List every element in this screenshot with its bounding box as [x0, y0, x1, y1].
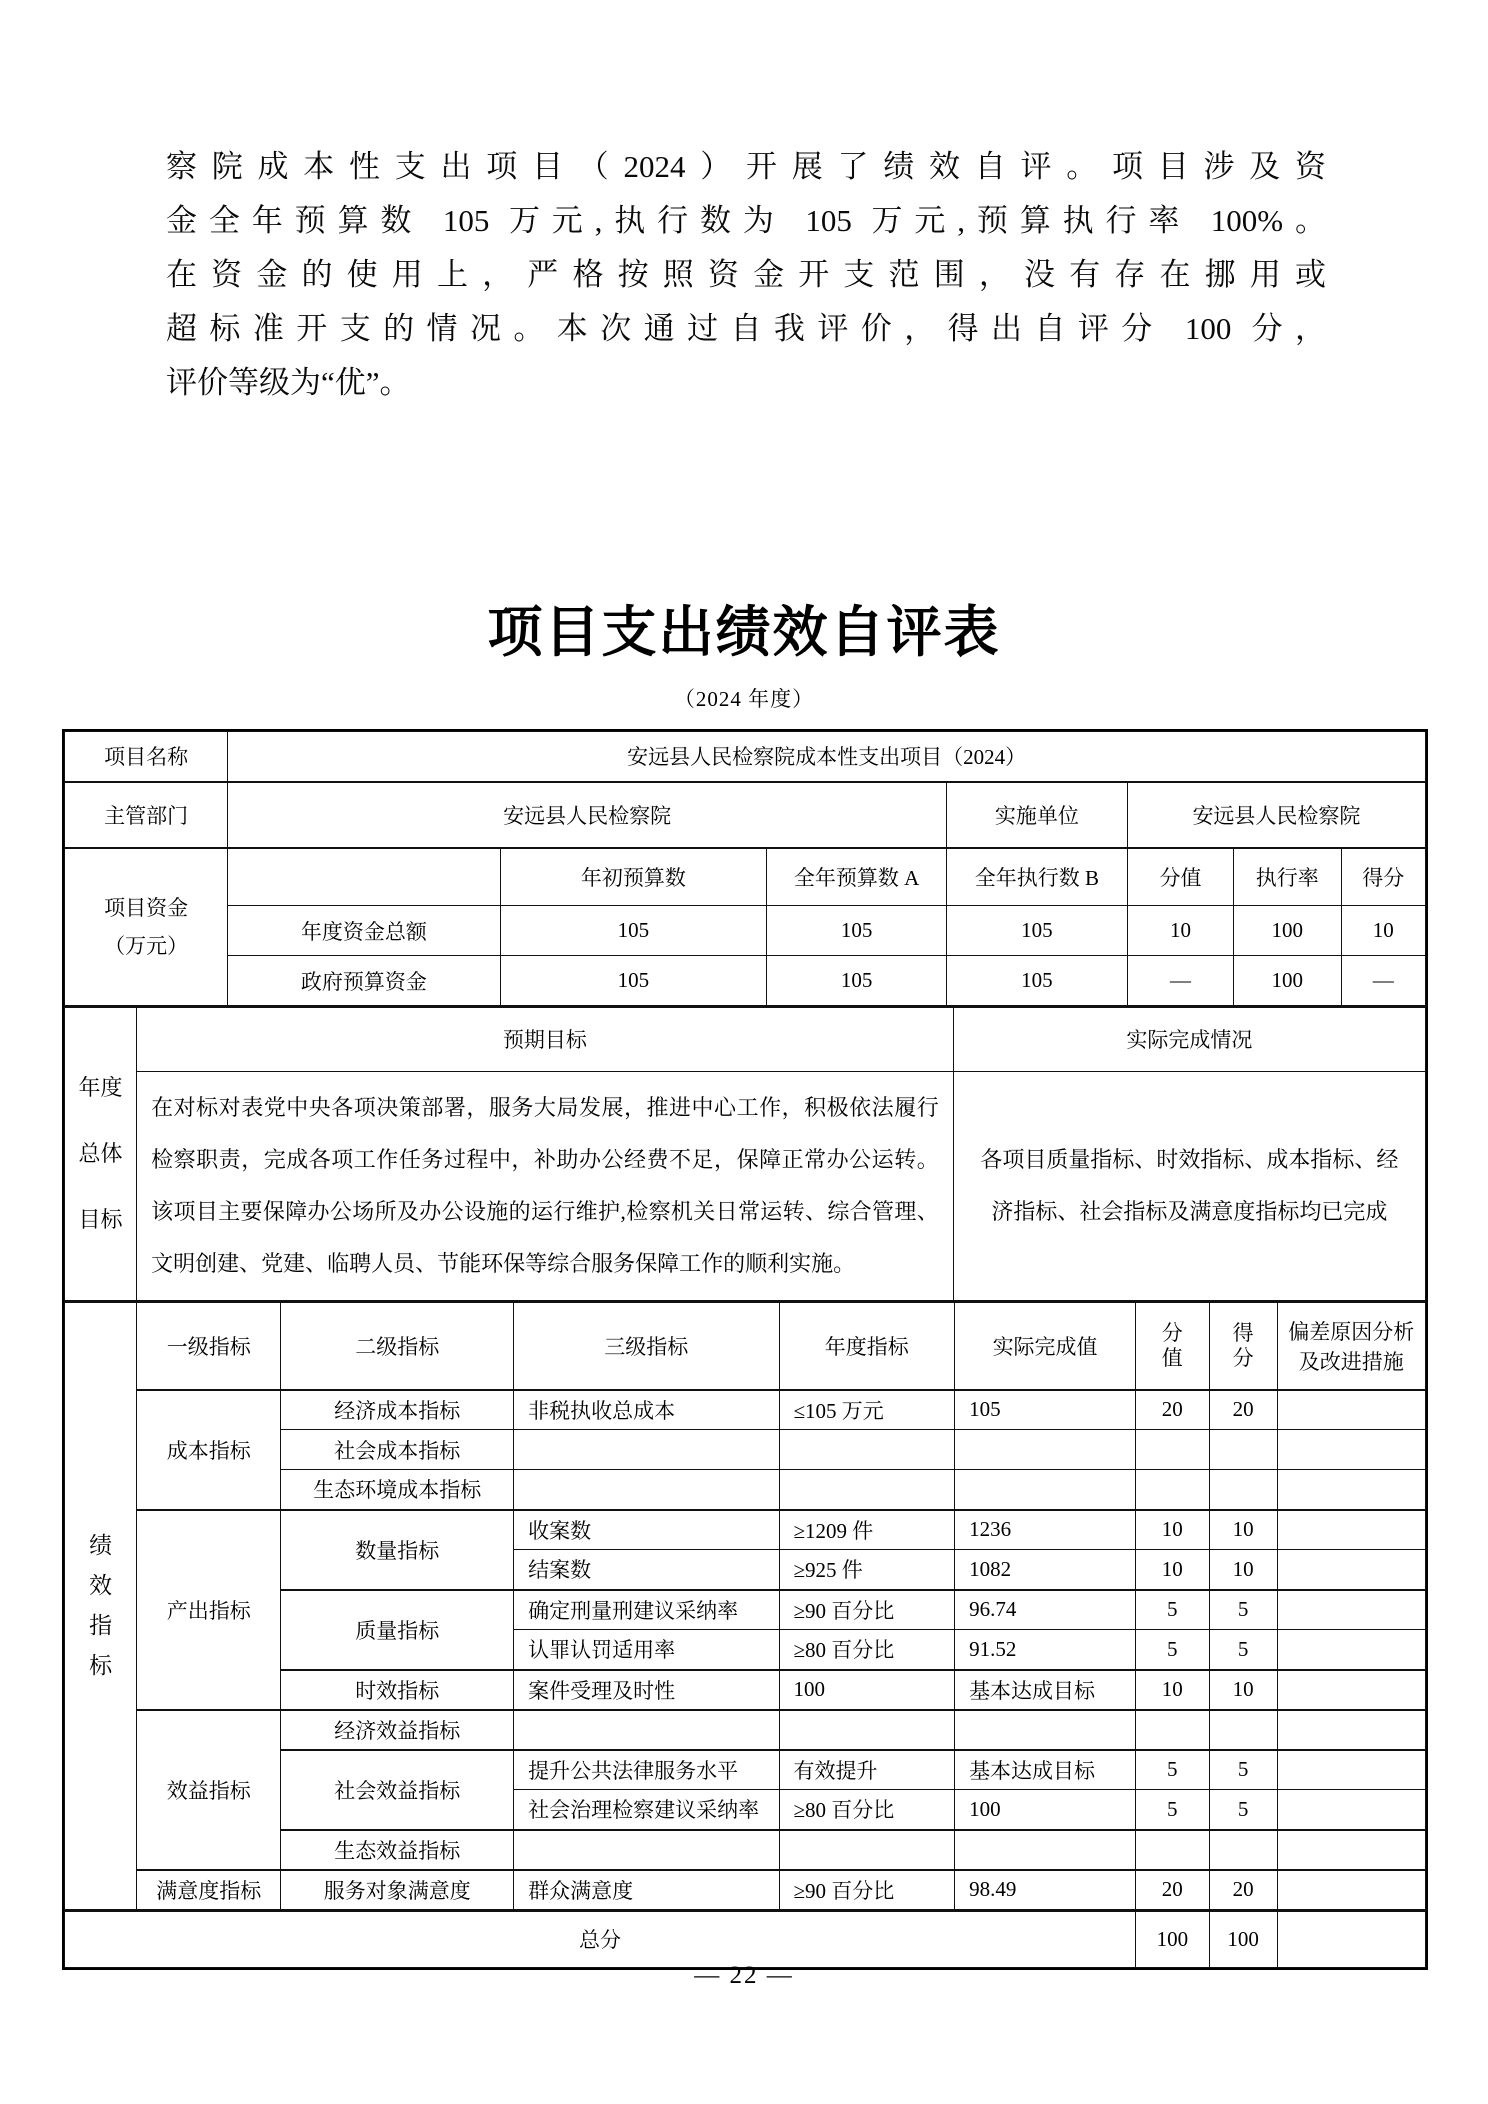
- score-cell: 10: [1209, 1550, 1277, 1590]
- actual-cell: 100: [955, 1790, 1136, 1830]
- score-cell: [1209, 1830, 1277, 1870]
- project-info-table: 项目名称 安远县人民检察院成本性支出项目（2024） 主管部门 安远县人民检察院…: [64, 731, 1426, 1006]
- score-max-cell: 20: [1136, 1390, 1209, 1430]
- actual-cell: 1082: [955, 1550, 1136, 1590]
- fund-label: 项目资金 （万元）: [65, 848, 228, 1006]
- deviation-cell: [1277, 1710, 1425, 1750]
- annual-cell: [779, 1470, 955, 1510]
- level2-cell: 社会成本指标: [281, 1430, 514, 1470]
- deviation-cell: [1277, 1590, 1425, 1630]
- indicator-header-row: 绩效指标 一级指标 二级指标 三级指标 年度指标 实际完成值 分值 得分 偏差原…: [65, 1302, 1426, 1390]
- fund-header-annual-exec: 全年执行数 B: [946, 848, 1127, 906]
- level2-quality: 质量指标: [281, 1590, 514, 1670]
- fund-cell: 105: [767, 906, 947, 956]
- score-cell: [1209, 1470, 1277, 1510]
- fund-header-score: 得分: [1341, 848, 1425, 906]
- total-score-max: 100: [1136, 1911, 1209, 1967]
- deviation-cell: [1277, 1870, 1425, 1910]
- fund-cell: —: [1341, 956, 1425, 1006]
- page-number: — 22 —: [0, 1962, 1488, 1990]
- deviation-cell: [1277, 1390, 1425, 1430]
- intro-line: 评价等级为“优”。: [166, 356, 1326, 410]
- level2-cell: 生态环境成本指标: [281, 1470, 514, 1510]
- fund-label-line: 项目资金: [69, 889, 223, 927]
- level2-cell: 生态效益指标: [281, 1830, 514, 1870]
- header-level3: 三级指标: [514, 1302, 779, 1390]
- intro-line: 金全年预算数 105 万元,执行数为 105 万元,预算执行率 100%。: [166, 194, 1326, 248]
- actual-cell: [955, 1470, 1136, 1510]
- score-max-cell: 10: [1136, 1510, 1209, 1550]
- score-max-cell: 10: [1136, 1550, 1209, 1590]
- deviation-cell: [1277, 1430, 1425, 1470]
- annual-goal-label-line: 目标: [69, 1187, 132, 1253]
- level3-cell: 社会治理检察建议采纳率: [514, 1790, 779, 1830]
- fund-cell: —: [1127, 956, 1233, 1006]
- total-score-table: 总分 100 100: [64, 1910, 1426, 1968]
- intro-paragraph: 察院成本性支出项目（2024）开展了绩效自评。项目涉及资 金全年预算数 105 …: [166, 140, 1326, 410]
- score-cell: 5: [1209, 1630, 1277, 1670]
- score-cell: 10: [1209, 1670, 1277, 1710]
- annual-cell: ≤105 万元: [779, 1390, 955, 1430]
- score-max-cell: [1136, 1430, 1209, 1470]
- total-score-label: 总分: [65, 1911, 1136, 1967]
- score-max-cell: 5: [1136, 1630, 1209, 1670]
- indicator-row: 产出指标 数量指标 收案数 ≥1209 件 1236 10 10: [65, 1510, 1426, 1550]
- annual-cell: ≥90 百分比: [779, 1590, 955, 1630]
- score-cell: 20: [1209, 1870, 1277, 1910]
- level2-cell: 经济效益指标: [281, 1710, 514, 1750]
- fund-header-score-max: 分值: [1127, 848, 1233, 906]
- annual-cell: ≥80 百分比: [779, 1790, 955, 1830]
- actual-cell: 105: [955, 1390, 1136, 1430]
- annual-goal-label: 年度 总体 目标: [65, 1007, 137, 1300]
- score-max-cell: [1136, 1830, 1209, 1870]
- level3-cell: 非税执收总成本: [514, 1390, 779, 1430]
- fund-cell: 100: [1234, 906, 1342, 956]
- level1-benefit: 效益指标: [137, 1710, 281, 1870]
- fund-row-label: 政府预算资金: [228, 956, 500, 1006]
- indicator-row: 满意度指标 服务对象满意度 群众满意度 ≥90 百分比 98.49 20 20: [65, 1870, 1426, 1910]
- annual-cell: [779, 1710, 955, 1750]
- impl-unit-label: 实施单位: [946, 782, 1127, 848]
- page-subtitle: （2024 年度）: [0, 683, 1488, 713]
- total-score-row: 总分 100 100: [65, 1911, 1426, 1967]
- level1-satisfaction: 满意度指标: [137, 1870, 281, 1910]
- actual-cell: 基本达成目标: [955, 1670, 1136, 1710]
- annual-goal-label-line: 年度: [69, 1055, 132, 1121]
- score-max-cell: 20: [1136, 1870, 1209, 1910]
- fund-cell: 105: [500, 906, 767, 956]
- project-name-label: 项目名称: [65, 732, 228, 782]
- dept-value: 安远县人民检察院: [228, 782, 947, 848]
- level3-cell: [514, 1430, 779, 1470]
- level3-cell: [514, 1710, 779, 1750]
- actual-cell: 基本达成目标: [955, 1750, 1136, 1790]
- annual-cell: 100: [779, 1670, 955, 1710]
- page-title: 项目支出绩效自评表: [0, 588, 1488, 667]
- annual-cell: ≥80 百分比: [779, 1630, 955, 1670]
- level2-cell: 经济成本指标: [281, 1390, 514, 1430]
- actual-cell: [955, 1710, 1136, 1750]
- level3-cell: 结案数: [514, 1550, 779, 1590]
- fund-cell: 10: [1341, 906, 1425, 956]
- deviation-cell: [1277, 1550, 1425, 1590]
- deviation-cell: [1277, 1510, 1425, 1550]
- annual-cell: [779, 1430, 955, 1470]
- fund-header-initial-budget: 年初预算数: [500, 848, 767, 906]
- deviation-cell: [1277, 1830, 1425, 1870]
- fund-total-row: 年度资金总额 105 105 105 10 100 10: [65, 906, 1426, 956]
- actual-cell: 98.49: [955, 1870, 1136, 1910]
- self-evaluation-table: 项目名称 安远县人民检察院成本性支出项目（2024） 主管部门 安远县人民检察院…: [62, 729, 1428, 1970]
- actual-cell: [955, 1430, 1136, 1470]
- level3-cell: [514, 1470, 779, 1510]
- score-cell: 5: [1209, 1790, 1277, 1830]
- level3-cell: [514, 1830, 779, 1870]
- department-row: 主管部门 安远县人民检察院 实施单位 安远县人民检察院: [65, 782, 1426, 848]
- score-max-cell: 10: [1136, 1670, 1209, 1710]
- fund-cell: 105: [946, 906, 1127, 956]
- project-name-value: 安远县人民检察院成本性支出项目（2024）: [228, 732, 1426, 782]
- dept-label: 主管部门: [65, 782, 228, 848]
- score-max-cell: 5: [1136, 1790, 1209, 1830]
- level3-cell: 案件受理及时性: [514, 1670, 779, 1710]
- actual-cell: 96.74: [955, 1590, 1136, 1630]
- deviation-cell: [1277, 1470, 1425, 1510]
- fund-row-label: 年度资金总额: [228, 906, 500, 956]
- annual-goal-table: 年度 总体 目标 预期目标 实际完成情况 在对标对表党中央各项决策部署，服务大局…: [64, 1006, 1426, 1301]
- score-max-cell: 5: [1136, 1750, 1209, 1790]
- score-cell: 5: [1209, 1590, 1277, 1630]
- header-score-max-text: 分值: [1161, 1321, 1184, 1371]
- goal-header-row: 年度 总体 目标 预期目标 实际完成情况: [65, 1007, 1426, 1071]
- fund-header-exec-rate: 执行率: [1234, 848, 1342, 906]
- score-max-cell: [1136, 1710, 1209, 1750]
- expected-goal-text: 在对标对表党中央各项决策部署，服务大局发展，推进中心工作，积极依法履行检察职责，…: [137, 1071, 954, 1300]
- level2-timeliness: 时效指标: [281, 1670, 514, 1710]
- deviation-cell: [1277, 1630, 1425, 1670]
- level2-social-benefit: 社会效益指标: [281, 1750, 514, 1830]
- intro-line: 超标准开支的情况。本次通过自我评价，得出自评分 100 分，: [166, 302, 1326, 356]
- annual-cell: ≥90 百分比: [779, 1870, 955, 1910]
- actual-cell: [955, 1830, 1136, 1870]
- fund-label-line: （万元）: [69, 927, 223, 965]
- total-score-value: 100: [1209, 1911, 1277, 1967]
- fund-header-empty: [228, 848, 500, 906]
- level3-cell: 认罪认罚适用率: [514, 1630, 779, 1670]
- header-level1: 一级指标: [137, 1302, 281, 1390]
- score-cell: [1209, 1430, 1277, 1470]
- score-cell: 10: [1209, 1510, 1277, 1550]
- header-level2: 二级指标: [281, 1302, 514, 1390]
- header-annual: 年度指标: [779, 1302, 955, 1390]
- fund-cell: 10: [1127, 906, 1233, 956]
- level3-cell: 确定刑量刑建议采纳率: [514, 1590, 779, 1630]
- level2-cell: 服务对象满意度: [281, 1870, 514, 1910]
- annual-cell: ≥1209 件: [779, 1510, 955, 1550]
- annual-goal-label-line: 总体: [69, 1121, 132, 1187]
- fund-cell: 105: [500, 956, 767, 1006]
- actual-completion-text: 各项目质量指标、时效指标、成本指标、经济指标、社会指标及满意度指标均已完成: [953, 1071, 1425, 1300]
- header-deviation: 偏差原因分析及改进措施: [1277, 1302, 1425, 1390]
- intro-line: 察院成本性支出项目（2024）开展了绩效自评。项目涉及资: [166, 140, 1326, 194]
- performance-indicator-side-text: 绩效指标: [88, 1526, 114, 1686]
- deviation-cell: [1277, 1790, 1425, 1830]
- score-cell: 5: [1209, 1750, 1277, 1790]
- level3-cell: 群众满意度: [514, 1870, 779, 1910]
- impl-unit-value: 安远县人民检察院: [1127, 782, 1425, 848]
- goal-content-row: 在对标对表党中央各项决策部署，服务大局发展，推进中心工作，积极依法履行检察职责，…: [65, 1071, 1426, 1300]
- fund-header-annual-budget: 全年预算数 A: [767, 848, 947, 906]
- project-name-row: 项目名称 安远县人民检察院成本性支出项目（2024）: [65, 732, 1426, 782]
- fund-cell: 100: [1234, 956, 1342, 1006]
- header-score-max: 分值: [1136, 1302, 1209, 1390]
- header-score-text: 得分: [1232, 1321, 1255, 1371]
- score-cell: [1209, 1710, 1277, 1750]
- annual-cell: 有效提升: [779, 1750, 955, 1790]
- performance-indicator-side-label: 绩效指标: [65, 1302, 137, 1910]
- actual-cell: 91.52: [955, 1630, 1136, 1670]
- annual-cell: [779, 1830, 955, 1870]
- fund-cell: 105: [946, 956, 1127, 1006]
- fund-cell: 105: [767, 956, 947, 1006]
- intro-line: 在资金的使用上，严格按照资金开支范围，没有存在挪用或: [166, 248, 1326, 302]
- deviation-cell: [1277, 1670, 1425, 1710]
- level3-cell: 提升公共法律服务水平: [514, 1750, 779, 1790]
- expected-goal-header: 预期目标: [137, 1007, 954, 1071]
- document-page: 察院成本性支出项目（2024）开展了绩效自评。项目涉及资 金全年预算数 105 …: [0, 0, 1488, 2104]
- actual-cell: 1236: [955, 1510, 1136, 1550]
- level1-cost: 成本指标: [137, 1390, 281, 1510]
- indicator-row: 成本指标 经济成本指标 非税执收总成本 ≤105 万元 105 20 20: [65, 1390, 1426, 1430]
- total-deviation-cell: [1277, 1911, 1425, 1967]
- score-cell: 20: [1209, 1390, 1277, 1430]
- annual-cell: ≥925 件: [779, 1550, 955, 1590]
- score-max-cell: 5: [1136, 1590, 1209, 1630]
- header-score: 得分: [1209, 1302, 1277, 1390]
- level3-cell: 收案数: [514, 1510, 779, 1550]
- level1-output: 产出指标: [137, 1510, 281, 1710]
- fund-gov-budget-row: 政府预算资金 105 105 105 — 100 —: [65, 956, 1426, 1006]
- indicator-row: 效益指标 经济效益指标: [65, 1710, 1426, 1750]
- score-max-cell: [1136, 1470, 1209, 1510]
- level2-quantity: 数量指标: [281, 1510, 514, 1590]
- actual-completion-header: 实际完成情况: [953, 1007, 1425, 1071]
- performance-indicators-table: 绩效指标 一级指标 二级指标 三级指标 年度指标 实际完成值 分值 得分 偏差原…: [64, 1301, 1426, 1911]
- deviation-cell: [1277, 1750, 1425, 1790]
- header-actual: 实际完成值: [955, 1302, 1136, 1390]
- fund-header-row: 项目资金 （万元） 年初预算数 全年预算数 A 全年执行数 B 分值 执行率 得…: [65, 848, 1426, 906]
